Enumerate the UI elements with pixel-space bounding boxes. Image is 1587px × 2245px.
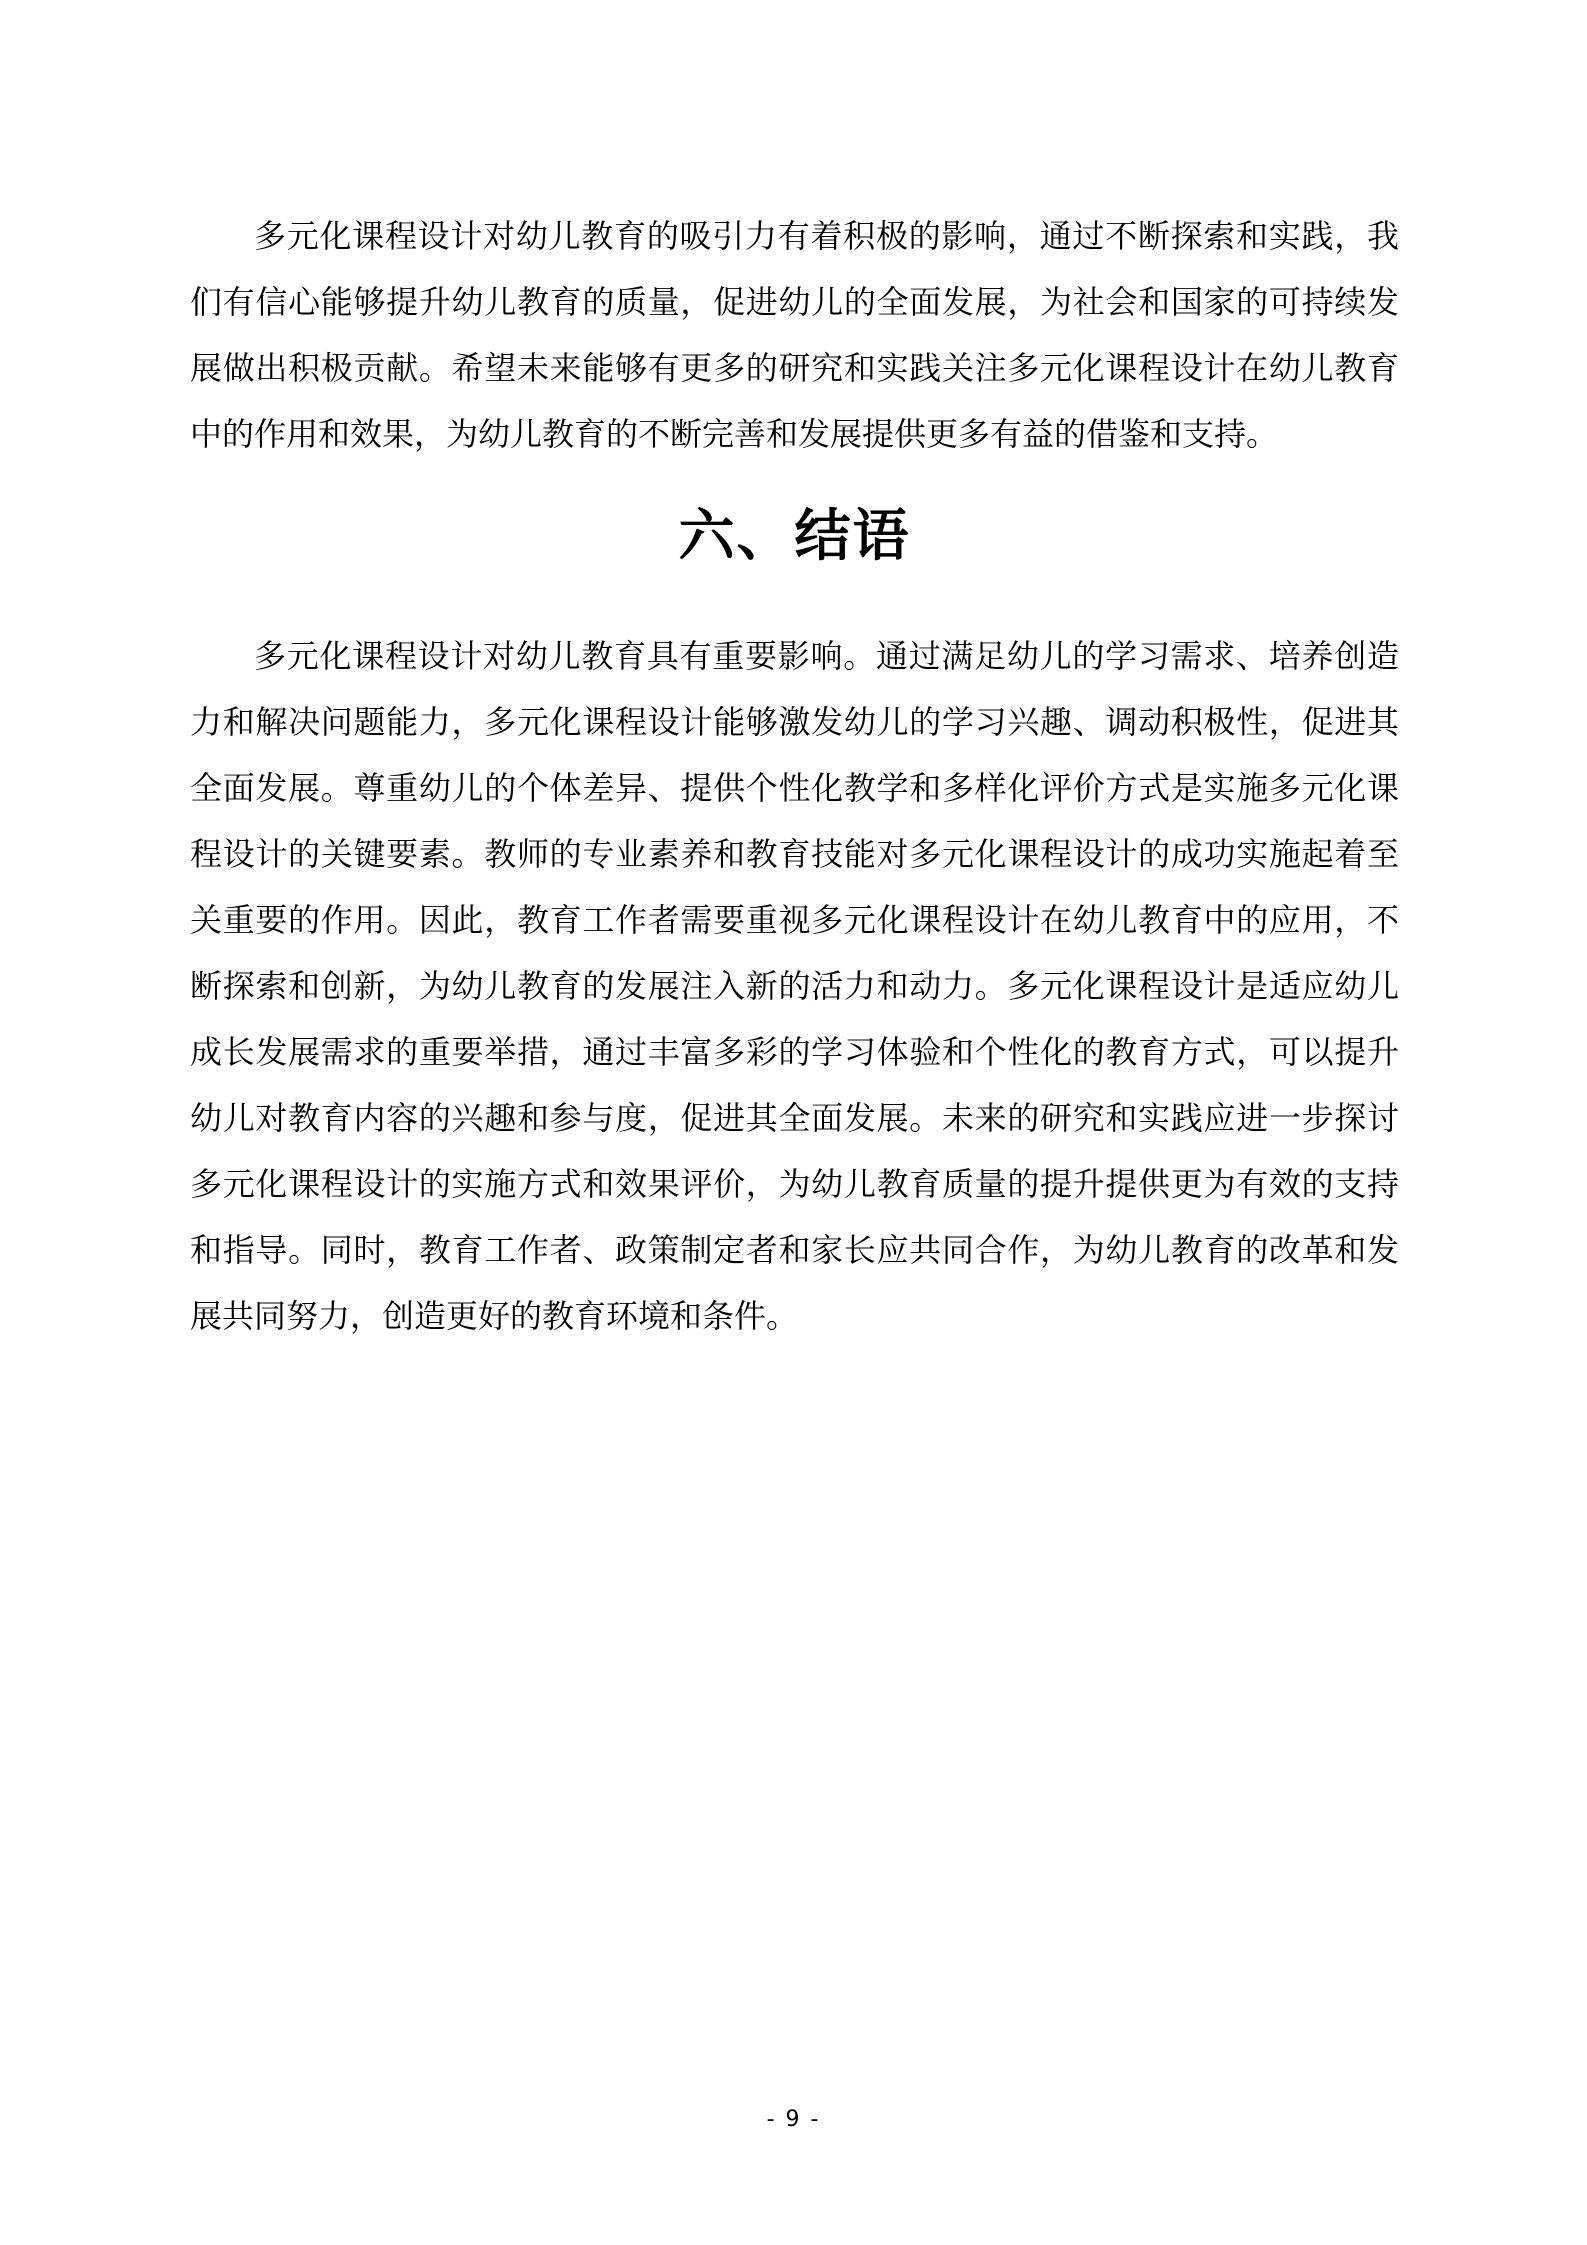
section-heading-conclusion: 六、结语 — [190, 495, 1399, 579]
document-page: 多元化课程设计对幼儿教育的吸引力有着积极的影响，通过不断探索和实践，我们有信心能… — [0, 0, 1587, 2245]
document-body: 多元化课程设计对幼儿教育的吸引力有着积极的影响，通过不断探索和实践，我们有信心能… — [190, 203, 1399, 1349]
page-footer: - 9 - — [0, 2106, 1587, 2134]
paragraph-diverse-curriculum-outlook: 多元化课程设计对幼儿教育的吸引力有着积极的影响，通过不断探索和实践，我们有信心能… — [190, 203, 1399, 467]
page-number: - 9 - — [767, 2107, 821, 2132]
paragraph-conclusion-body: 多元化课程设计对幼儿教育具有重要影响。通过满足幼儿的学习需求、培养创造力和解决问… — [190, 623, 1399, 1349]
